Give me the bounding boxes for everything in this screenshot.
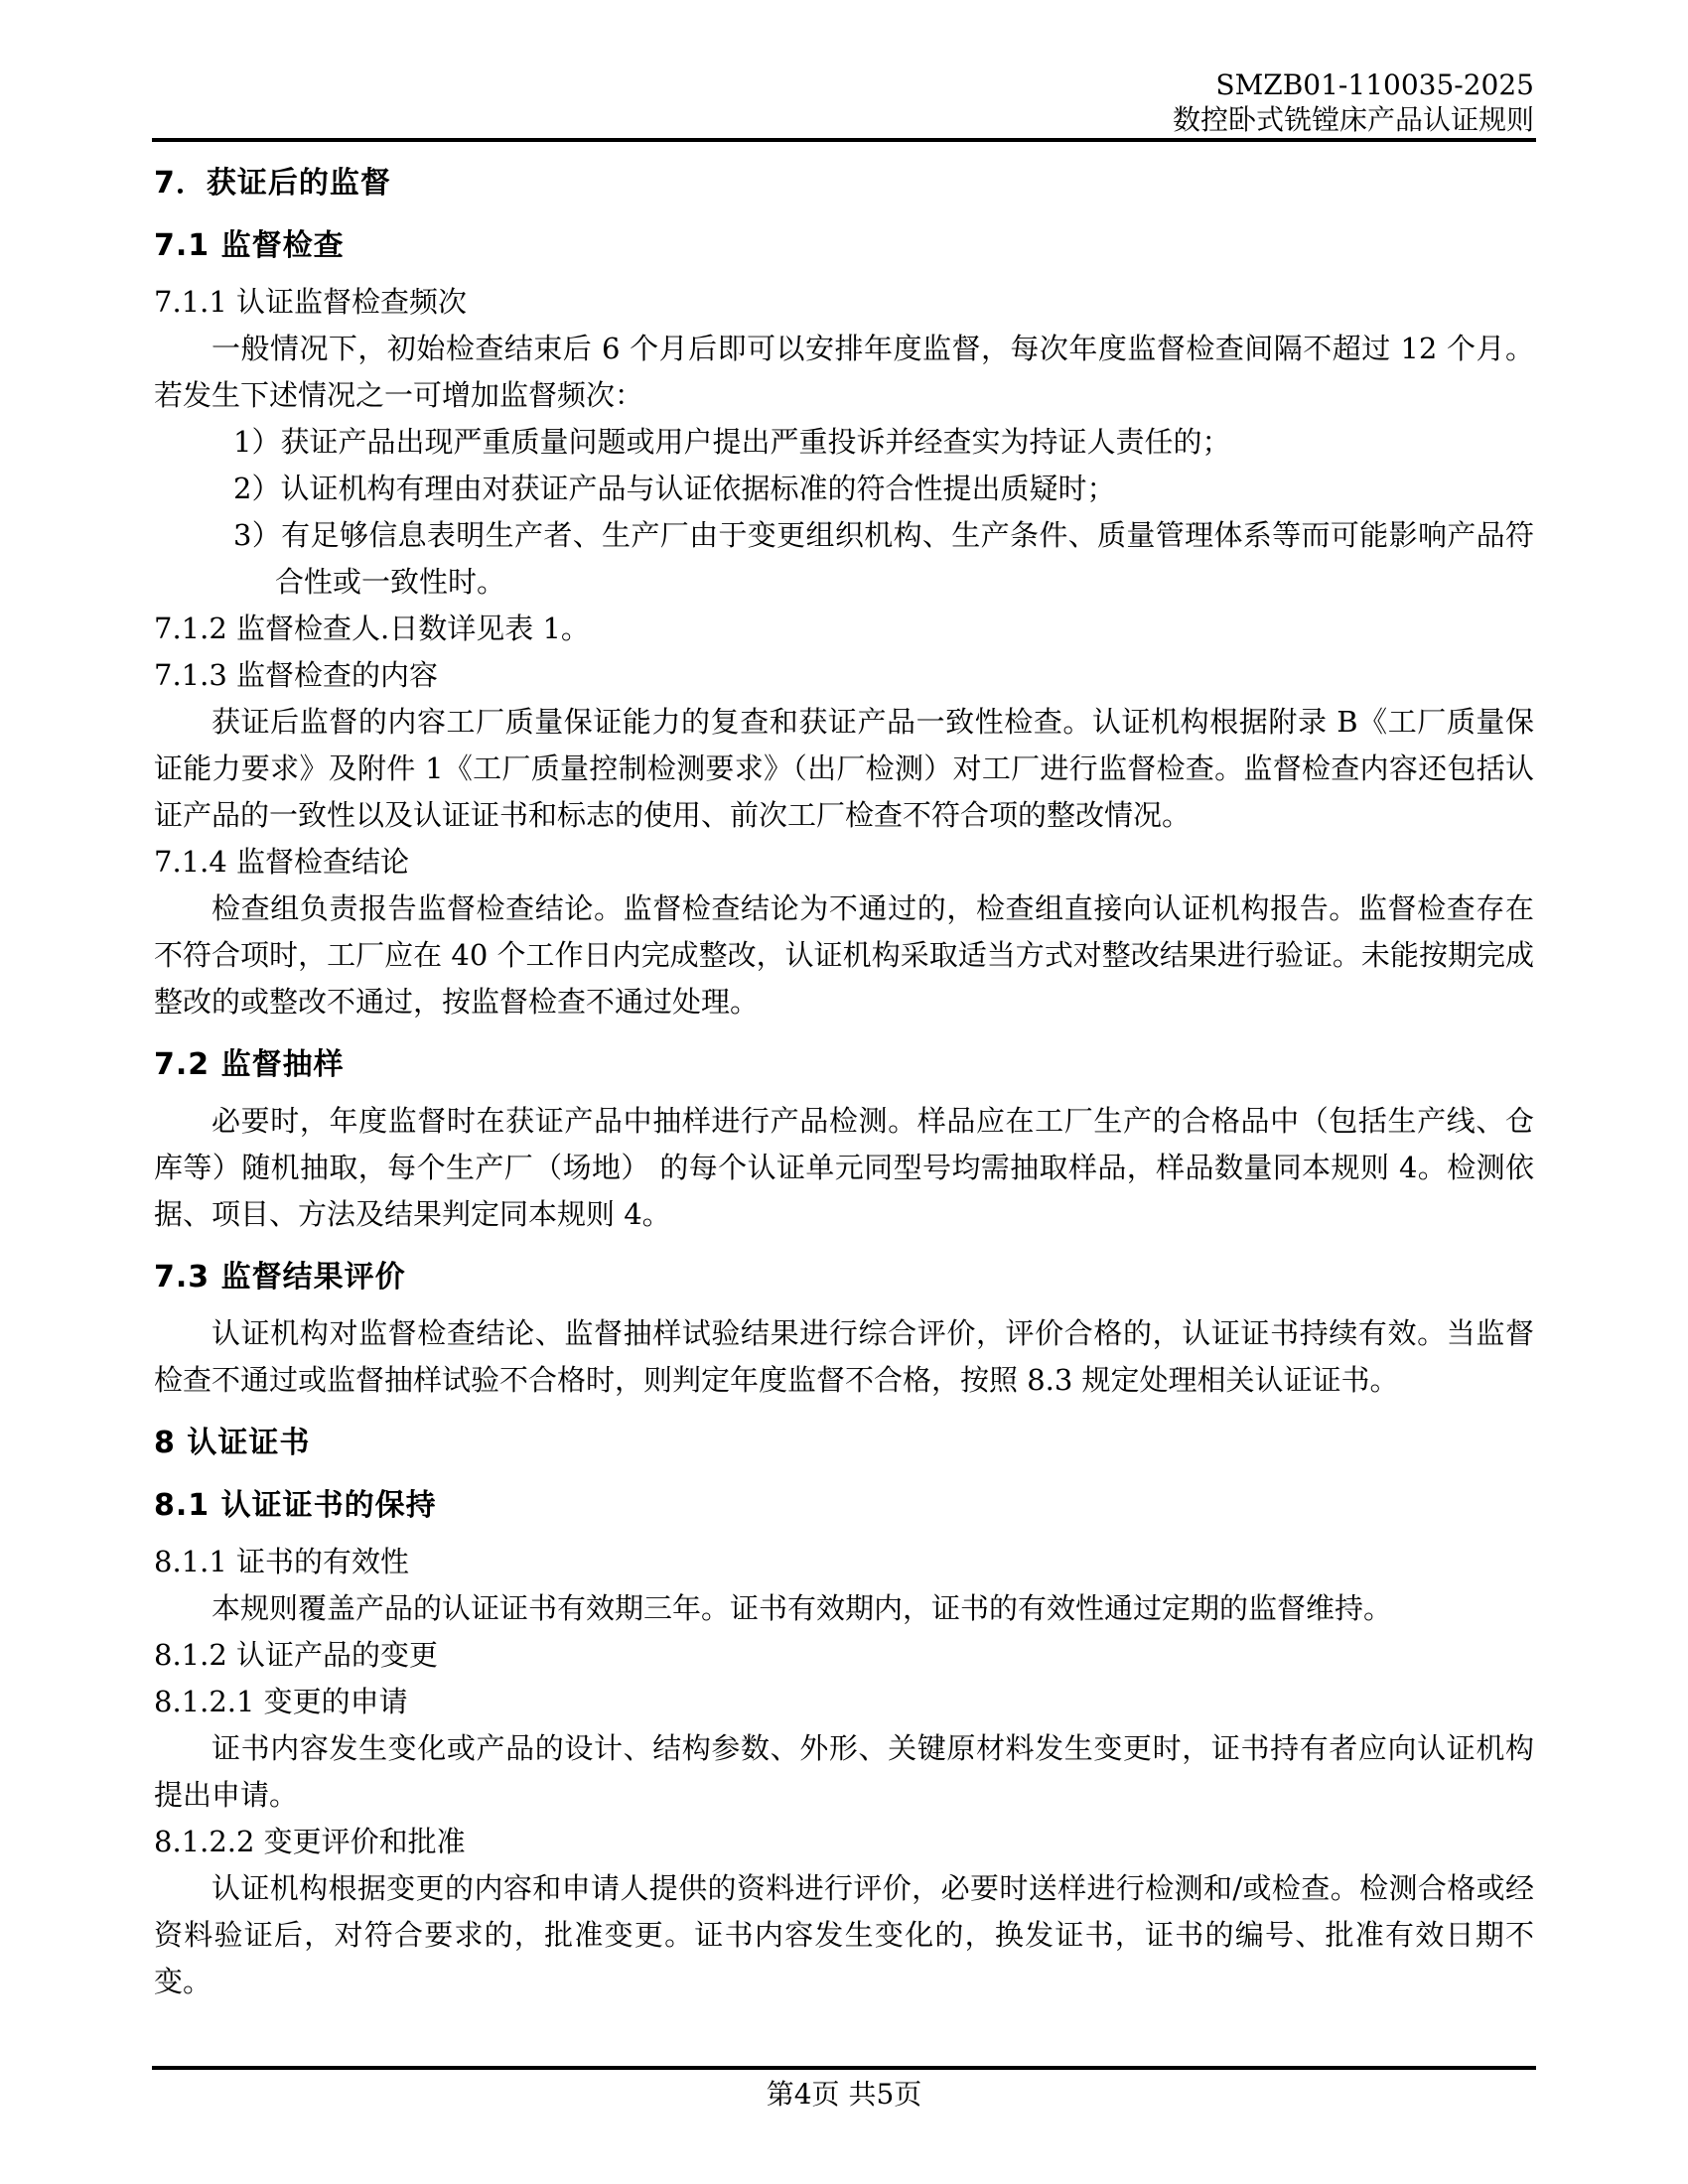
doc-paragraph: 本规则覆盖产品的认证证书有效期三年。证书有效期内，证书的有效性通过定期的监督维持… (154, 1585, 1534, 1632)
doc-paragraph: 必要时，年度监督时在获证产品中抽样进行产品检测。样品应在工厂生产的合格品中（包括… (154, 1098, 1534, 1238)
document-page: SMZB01-110035-2025 数控卧式铣镗床产品认证规则 7．获证后的监… (0, 0, 1688, 2184)
doc-heading-2: 8 认证证书 (154, 1420, 1534, 1466)
doc-heading-3: 8.1.1 证书的有效性 (154, 1539, 1534, 1585)
doc-paragraph: 获证后监督的内容工厂质量保证能力的复查和获证产品一致性检查。认证机构根据附录 B… (154, 699, 1534, 839)
page-footer: 第4页 共5页 (0, 2075, 1688, 2115)
header-doc-code: SMZB01-110035-2025 (1173, 68, 1534, 102)
doc-heading-2: 7.1 监督检查 (154, 222, 1534, 269)
document-content: 7．获证后的监督7.1 监督检查7.1.1 认证监督检查频次一般情况下，初始检查… (154, 144, 1534, 2005)
doc-list-item: 2）认证机构有理由对获证产品与认证依据标准的符合性提出质疑时； (275, 466, 1534, 512)
doc-heading-3: 7.1.1 认证监督检查频次 (154, 279, 1534, 326)
footer-rule (152, 2066, 1536, 2070)
doc-paragraph: 一般情况下，初始检查结束后 6 个月后即可以安排年度监督，每次年度监督检查间隔不… (154, 326, 1534, 419)
doc-list-item: 1）获证产品出现严重质量问题或用户提出严重投诉并经查实为持证人责任的； (275, 419, 1534, 466)
header-doc-title: 数控卧式铣镗床产品认证规则 (1173, 102, 1534, 137)
doc-list-item: 3）有足够信息表明生产者、生产厂由于变更组织机构、生产条件、质量管理体系等而可能… (275, 512, 1534, 606)
doc-heading-2: 7.3 监督结果评价 (154, 1254, 1534, 1300)
doc-heading-2: 8.1 认证证书的保持 (154, 1482, 1534, 1529)
doc-heading-3: 7.1.3 监督检查的内容 (154, 652, 1534, 699)
doc-heading-1: 7．获证后的监督 (154, 160, 1534, 206)
header-rule (152, 138, 1536, 142)
doc-paragraph: 检查组负责报告监督检查结论。监督检查结论为不通过的，检查组直接向认证机构报告。监… (154, 886, 1534, 1025)
doc-heading-2: 7.2 监督抽样 (154, 1041, 1534, 1088)
doc-heading-3: 8.1.2 认证产品的变更 (154, 1632, 1534, 1679)
doc-heading-3: 7.1.4 监督检查结论 (154, 839, 1534, 886)
doc-paragraph: 证书内容发生变化或产品的设计、结构参数、外形、关键原材料发生变更时，证书持有者应… (154, 1725, 1534, 1819)
doc-paragraph: 认证机构根据变更的内容和申请人提供的资料进行评价，必要时送样进行检测和/或检查。… (154, 1865, 1534, 2005)
page-number: 第4页 共5页 (767, 2078, 922, 2111)
doc-heading-3: 7.1.2 监督检查人.日数详见表 1。 (154, 606, 1534, 652)
doc-paragraph: 认证机构对监督检查结论、监督抽样试验结果进行综合评价，评价合格的，认证证书持续有… (154, 1310, 1534, 1404)
doc-heading-3: 8.1.2.2 变更评价和批准 (154, 1819, 1534, 1865)
page-header: SMZB01-110035-2025 数控卧式铣镗床产品认证规则 (1173, 68, 1534, 137)
doc-heading-3: 8.1.2.1 变更的申请 (154, 1679, 1534, 1725)
